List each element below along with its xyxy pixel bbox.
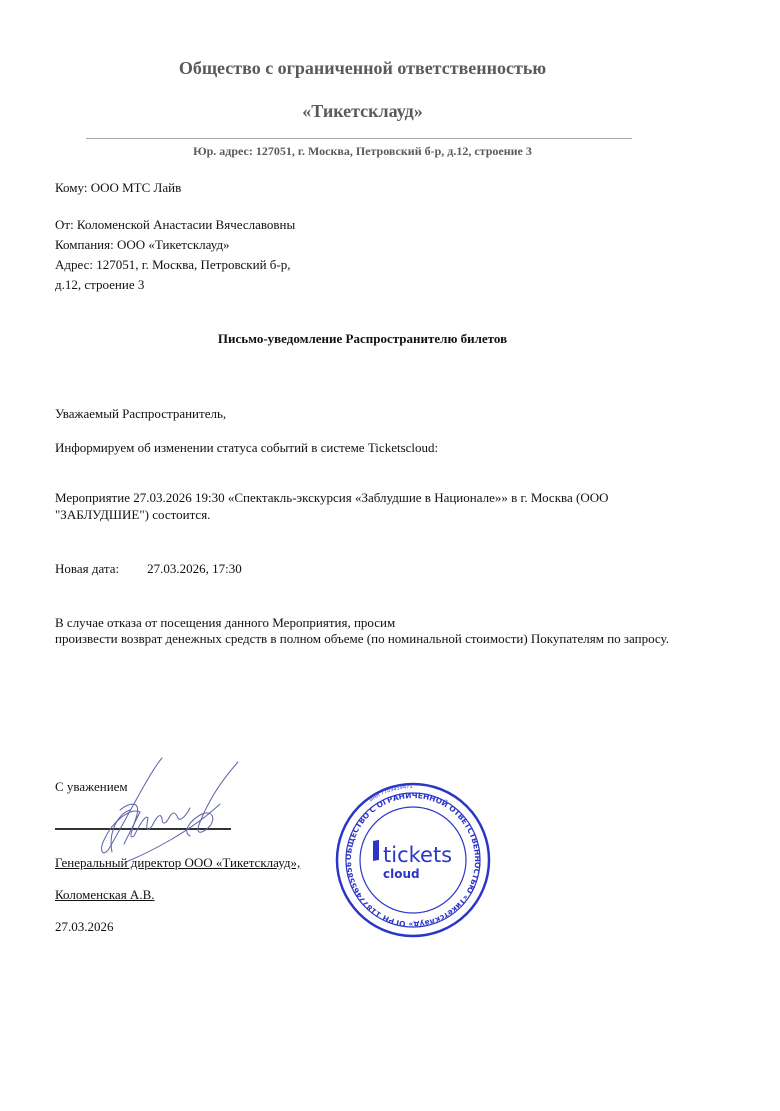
letterhead-legal-address: Юр. адрес: 127051, г. Москва, Петровский… — [0, 144, 725, 159]
sender-from: От: Коломенской Анастасии Вячеславовны — [55, 215, 295, 235]
signature-position: Генеральный директор ООО «Тикетсклауд», — [55, 853, 300, 873]
letter-greeting: Уважаемый Распространитель, — [55, 404, 226, 424]
recipient-to: Кому: ООО МТС Лайв — [55, 178, 181, 198]
signature-date: 27.03.2026 — [55, 917, 114, 937]
stamp-logo-word2: cloud — [383, 867, 420, 881]
sender-address-line2: д.12, строение 3 — [55, 275, 144, 295]
new-date-value: 27.03.2026, 17:30 — [147, 561, 242, 576]
letterhead-divider — [86, 138, 632, 139]
signature-name: Коломенская А.В. — [55, 885, 155, 905]
company-stamp-icon: ОБЩЕСТВО С ОГРАНИЧЕННОЙ ОТВЕТСТВЕННОСТЬЮ… — [333, 780, 493, 940]
stamp-logo-word1: tickets — [383, 843, 452, 867]
letter-title: Письмо-уведомление Распространителю биле… — [0, 331, 725, 347]
event-description-line2: "ЗАБЛУДШИЕ") состоится. — [55, 505, 210, 525]
letterhead-company-line2: «Тикетсклауд» — [0, 101, 725, 122]
letter-intro: Информируем об изменении статуса событий… — [55, 438, 438, 458]
new-date-row: Новая дата:27.03.2026, 17:30 — [55, 559, 242, 579]
letterhead-company-line1: Общество с ограниченной ответственностью — [0, 58, 725, 79]
refund-request-line2: произвести возврат денежных средств в по… — [55, 629, 669, 649]
sender-company: Компания: ООО «Тикетсклауд» — [55, 235, 230, 255]
sender-address-line1: Адрес: 127051, г. Москва, Петровский б-р… — [55, 255, 290, 275]
new-date-label: Новая дата: — [55, 561, 119, 576]
